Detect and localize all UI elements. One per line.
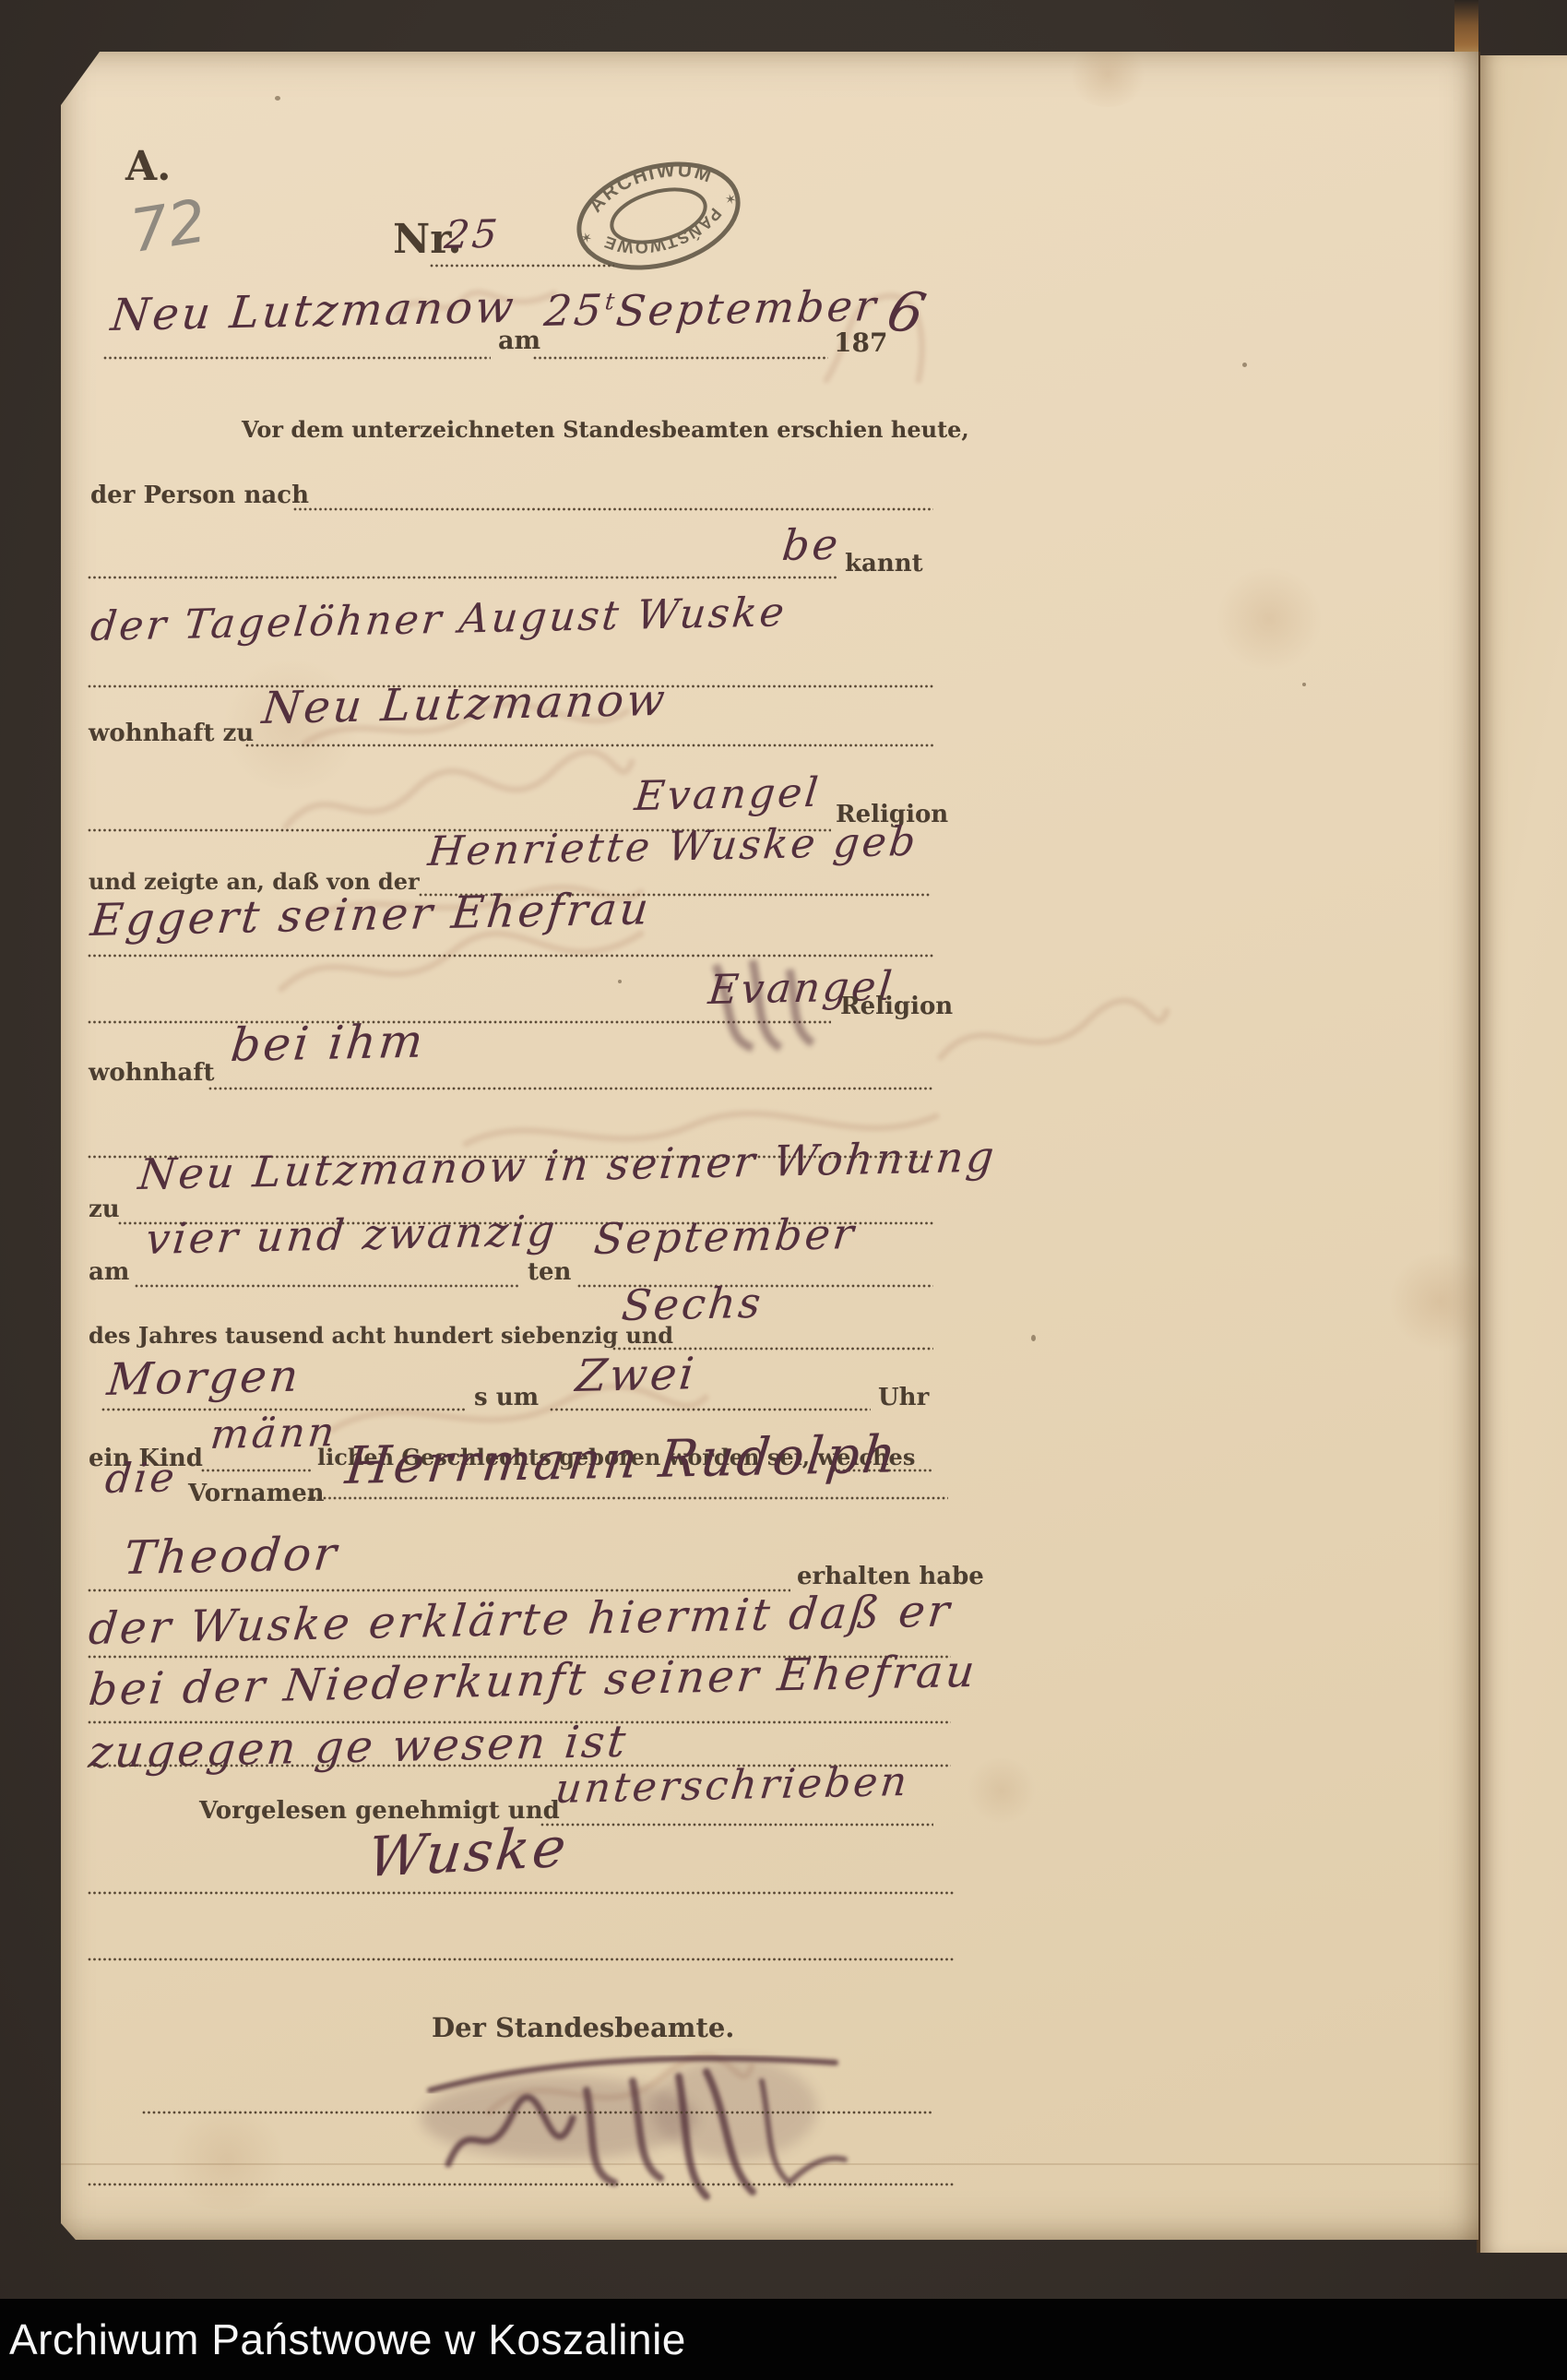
dotted-line <box>303 1496 948 1500</box>
declaration-line-1: der Wuske erklärte hiermit daß er <box>87 1589 954 1651</box>
pencil-page-number: 72 <box>126 192 209 262</box>
wohnhaft-bei-label: wohnhaft <box>89 1061 214 1085</box>
document-page: A. 72 Nr. 25 ARCHIWUM PAŃSTWOWE ✶ ✶ Neu … <box>61 52 1478 2240</box>
person-nach-label: der Person nach <box>90 483 309 507</box>
wohnhaft-zu-value: Neu Lutzmanow <box>260 678 670 731</box>
archive-caption-text: Archiwum Państwowe w Koszalinie <box>0 2315 686 2364</box>
dotted-line <box>88 576 837 579</box>
dateline-month: September <box>614 284 881 332</box>
dotted-line <box>201 1469 312 1472</box>
am-day-label: am <box>89 1260 129 1284</box>
stamp-text-top: ARCHIWUM <box>579 149 720 220</box>
dotted-line <box>540 1823 933 1827</box>
dotted-line <box>533 356 828 360</box>
birthplace-value: Neu Lutzmanow in seiner Wohnung <box>137 1136 999 1196</box>
paper-stain <box>162 2109 291 2210</box>
wohnhaft-zu-label: wohnhaft zu <box>89 721 254 745</box>
dotted-line <box>142 2111 933 2114</box>
ink-speck <box>275 96 280 101</box>
ink-speck <box>1242 363 1247 367</box>
dotted-line <box>88 1891 955 1895</box>
dotted-line <box>88 2183 955 2186</box>
wohnhaft-bei-value: bei ihm <box>229 1018 428 1068</box>
form-corner-letter: A. <box>125 147 171 187</box>
record-number-value: 25 <box>443 215 502 255</box>
ink-speck <box>1031 1335 1036 1341</box>
religion2-label: Religion <box>840 994 953 1018</box>
vornamen-label: Vornamen <box>188 1482 325 1505</box>
dateline-day: 25t <box>542 288 619 332</box>
dateline-year-printed: 187 <box>834 330 887 356</box>
book-spine-gap <box>1454 0 1478 55</box>
ink-bleedthrough <box>932 974 1171 1085</box>
adjacent-page-edge <box>1480 55 1567 2253</box>
s-um-label: s um <box>474 1386 539 1410</box>
uhr-label: Uhr <box>878 1386 929 1410</box>
unterschrieben-handwritten: unterschrieben <box>553 1762 911 1810</box>
ten-label: ten <box>528 1260 571 1284</box>
declarant-signature: Wuske <box>365 1820 571 1886</box>
paper-stain <box>1389 1251 1490 1352</box>
ink-speck <box>1302 683 1306 686</box>
hour-value: Zwei <box>574 1351 698 1398</box>
child-third-name: Theodor <box>122 1530 341 1581</box>
dotted-line <box>208 1087 933 1090</box>
dateline-place: Neu Lutzmanow <box>109 285 518 338</box>
paper-stain <box>1066 42 1149 107</box>
dateline-am-label: am <box>498 328 540 353</box>
child-given-names: Herrmann Rudolph <box>343 1429 901 1493</box>
dotted-line <box>245 744 933 747</box>
dotted-line <box>293 507 933 511</box>
die-handwritten: die <box>103 1458 179 1500</box>
dotted-line <box>550 1408 871 1411</box>
zu-label: zu <box>89 1197 120 1221</box>
scan-background: A. 72 Nr. 25 ARCHIWUM PAŃSTWOWE ✶ ✶ Neu … <box>0 0 1567 2380</box>
declarant-name: der Tagelöhner August Wuske <box>89 592 789 648</box>
year-words-label: des Jahres tausend acht hundert siebenzi… <box>89 1325 673 1347</box>
bekannt-handwritten: be <box>780 523 843 566</box>
birth-month-value: September <box>592 1212 859 1260</box>
daytime-value: Morgen <box>105 1354 303 1402</box>
mother-maiden-name: Eggert seiner Ehefrau <box>89 887 653 943</box>
dotted-line <box>88 1958 955 1961</box>
form-intro-text: Vor dem unterzeichneten Standesbeamten e… <box>242 419 969 441</box>
paper-stain <box>965 1758 1039 1823</box>
erhalten-habe-label: erhalten habe <box>797 1565 984 1589</box>
archive-stamp: ARCHIWUM PAŃSTWOWE ✶ ✶ <box>566 149 751 283</box>
religion1-value: Evangel <box>633 773 823 817</box>
dotted-line <box>103 356 491 360</box>
archive-caption-bar: Archiwum Państwowe w Koszalinie <box>0 2299 1567 2380</box>
paper-stain <box>1214 568 1324 670</box>
birth-day-value: vier und zwanzig <box>144 1209 560 1260</box>
year-words-value: Sechs <box>620 1281 766 1327</box>
bekannt-printed: kannt <box>845 552 923 576</box>
dotted-line <box>135 1284 518 1288</box>
declaration-line-2: bei der Niederkunft seiner Ehefrau <box>87 1649 979 1712</box>
mother-name: Henriette Wuske geb <box>426 822 920 873</box>
